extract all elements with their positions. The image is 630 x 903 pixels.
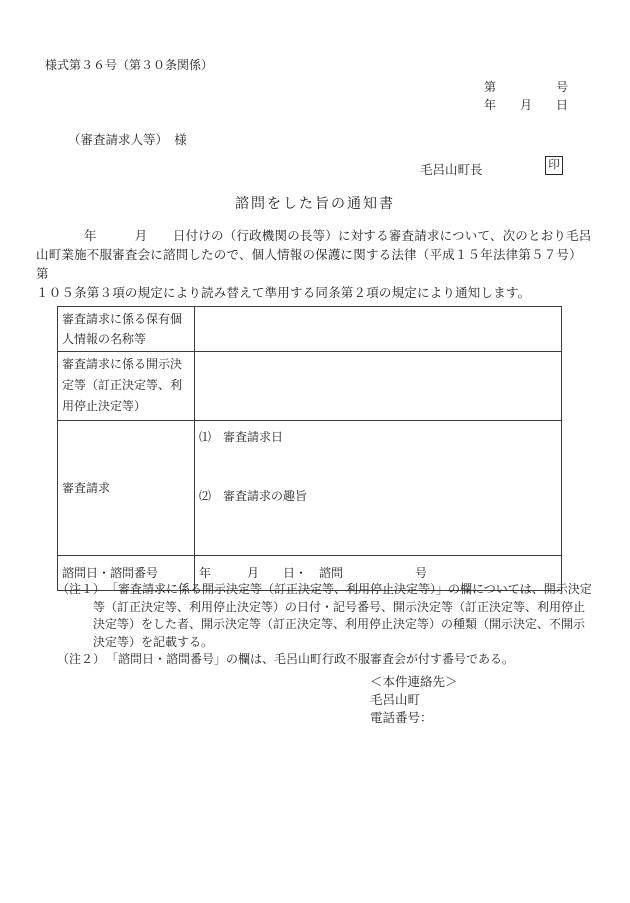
body-line: 山町業施不服審査会に諮問したので、個人情報の保護に関する法律（平成１５年法律第５… [36, 246, 594, 284]
note1-continuation: 等（訂正決定等、利用停止決定等）の日付・記号番号、開示決定等（訂正決定等、利用停… [57, 599, 593, 617]
document-number-line: 第 号 [484, 78, 568, 95]
seal-stamp: 印 [545, 156, 563, 175]
contact-block: ＜本件連絡先＞ 毛呂山町 電話番号： [370, 673, 458, 727]
note1-label: （注１） [57, 582, 105, 596]
form-number: 様式第３６号（第３０条関係） [45, 56, 213, 73]
contact-phone-label: 電話番号： [370, 709, 458, 727]
page-title: 諮問をした旨の通知書 [0, 193, 630, 213]
table-row: 審査請求に係る開示決定等（訂正決定等、利用停止決定等） [58, 352, 562, 421]
row2-value-cell [195, 352, 562, 421]
table-row: 審査請求 ⑴ 審査請求日 ⑵ 審査請求の趣旨 [58, 421, 562, 556]
date-line: 年 月 日 [484, 96, 568, 113]
row2-label-cell: 審査請求に係る開示決定等（訂正決定等、利用停止決定等） [58, 352, 195, 421]
row3-label-cell: 審査請求 [58, 421, 195, 556]
sender-name: 毛呂山町長 [420, 160, 483, 178]
addressee-line: （審査請求人等） 様 [68, 130, 187, 148]
body-paragraph: 年 月 日付けの（行政機関の長等）に対する審査請求について、次のとおり毛呂 山町… [36, 227, 594, 303]
row3-value-cell: ⑴ 審査請求日 ⑵ 審査請求の趣旨 [195, 421, 562, 556]
note2-text: 「諮問日・諮問番号」の欄は、毛呂山町行政不服審査会が付す番号である。 [112, 652, 514, 666]
body-line: １０５条第３項の規定により読み替えて準用する同条第２項の規定により通知します。 [36, 284, 594, 303]
table-row: 審査請求に係る保有個人情報の名称等 [58, 307, 562, 352]
row3-item2: ⑵ 審査請求の趣旨 [199, 486, 557, 506]
contact-org: 毛呂山町 [370, 691, 458, 709]
footnotes: （注１）「審査請求に係る開示決定等（訂正決定等、利用停止決定等）」の欄については… [57, 581, 593, 669]
row1-value-cell [195, 307, 562, 352]
contact-header: ＜本件連絡先＞ [370, 673, 458, 691]
note2-line: （注２）「諮問日・諮問番号」の欄は、毛呂山町行政不服審査会が付す番号である。 [57, 651, 593, 669]
note1-text: 「審査請求に係る開示決定等（訂正決定等、利用停止決定等）」の欄については、開示決… [112, 582, 592, 596]
row1-label-cell: 審査請求に係る保有個人情報の名称等 [58, 307, 195, 352]
note2-label: （注２） [57, 652, 105, 666]
request-details-table: 審査請求に係る保有個人情報の名称等 審査請求に係る開示決定等（訂正決定等、利用停… [57, 306, 562, 591]
note1-continuation: 決定等）を記載する。 [57, 634, 593, 652]
note1-first-line: （注１）「審査請求に係る開示決定等（訂正決定等、利用停止決定等）」の欄については… [57, 581, 593, 599]
row3-item1: ⑴ 審査請求日 [199, 427, 557, 447]
document-page: 様式第３６号（第３０条関係） 第 号 年 月 日 （審査請求人等） 様 毛呂山町… [0, 0, 630, 903]
body-line: 年 月 日付けの（行政機関の長等）に対する審査請求について、次のとおり毛呂 [36, 227, 594, 246]
note1-continuation: 決定等）をした者、開示決定等（訂正決定等、利用停止決定等）の種類（開示決定、不開… [57, 616, 593, 634]
